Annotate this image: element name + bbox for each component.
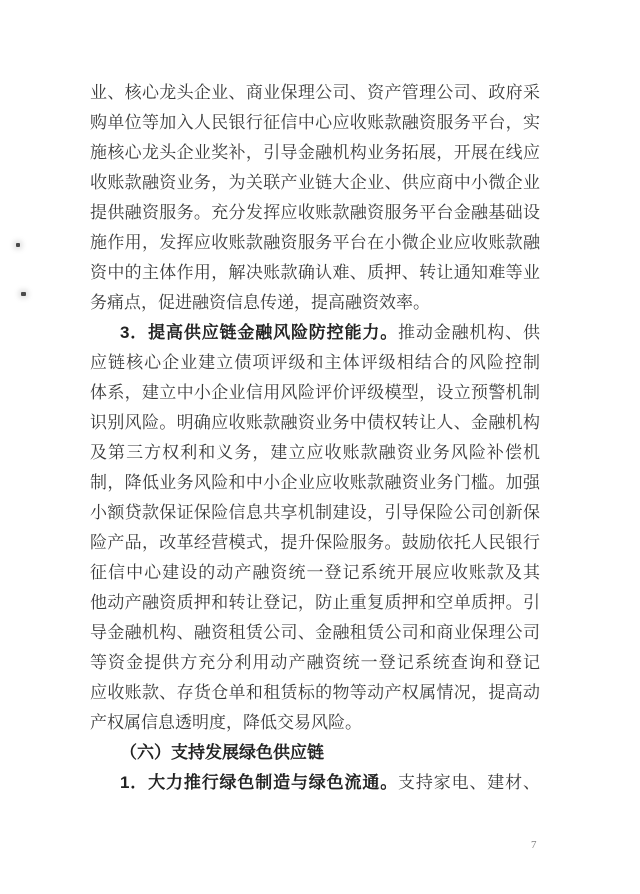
body-text: 务痛点，促进融资信息传递，提高融资效率。: [90, 293, 430, 312]
body-text: 及第三方权利和义务，建立应收账款融资业务风险补偿机: [90, 443, 540, 462]
text-line: 资中的主体作用，解决账款确认难、质押、转让通知难等业: [90, 258, 540, 288]
text-line: 及第三方权利和义务，建立应收账款融资业务风险补偿机: [90, 438, 540, 468]
body-text: 业、核心龙头企业、商业保理公司、资产管理公司、政府采: [90, 83, 540, 102]
body-text: 险产品，改革经营模式，提升保险服务。鼓励依托人民银行: [90, 533, 540, 552]
page-number: 7: [531, 838, 537, 852]
text-line: 险产品，改革经营模式，提升保险服务。鼓励依托人民银行: [90, 528, 540, 558]
text-line: 提供融资服务。充分发挥应收账款融资服务平台金融基础设: [90, 198, 540, 228]
text-line: 1．大力推行绿色制造与绿色流通。支持家电、建材、: [90, 768, 540, 798]
text-line: 业、核心龙头企业、商业保理公司、资产管理公司、政府采: [90, 78, 540, 108]
body-text: 收账款融资业务，为关联产业链大企业、供应商中小微企业: [90, 173, 540, 192]
heading-text: 3．提高供应链金融风险防控能力。: [120, 323, 398, 342]
body-text: 推动金融机构、供: [398, 323, 540, 342]
text-line: 购单位等加入人民银行征信中心应收账款融资服务平台，实: [90, 108, 540, 138]
text-line: 3．提高供应链金融风险防控能力。推动金融机构、供: [90, 318, 540, 348]
body-text: 征信中心建设的动产融资统一登记系统开展应收账款及其: [90, 563, 540, 582]
text-line: （六）支持发展绿色供应链: [90, 738, 540, 768]
body-text: 等资金提供方充分利用动产融资统一登记系统查询和登记: [90, 653, 540, 672]
body-text: 他动产融资质押和转让登记，防止重复质押和空单质押。引: [90, 593, 540, 612]
text-line: 产权属信息透明度，降低交易风险。: [90, 708, 540, 738]
body-text: 购单位等加入人民银行征信中心应收账款融资服务平台，实: [90, 113, 540, 132]
heading-text: 1．大力推行绿色制造与绿色流通。: [120, 773, 398, 792]
body-text: 资中的主体作用，解决账款确认难、质押、转让通知难等业: [90, 263, 540, 282]
text-line: 小额贷款保证保险信息共享机制建设，引导保险公司创新保: [90, 498, 540, 528]
text-line: 应链核心企业建立债项评级和主体评级相结合的风险控制: [90, 348, 540, 378]
text-line: 制，降低业务风险和中小企业应收账款融资业务门槛。加强: [90, 468, 540, 498]
body-text: 小额贷款保证保险信息共享机制建设，引导保险公司创新保: [90, 503, 540, 522]
text-line: 等资金提供方充分利用动产融资统一登记系统查询和登记: [90, 648, 540, 678]
scan-speck: [16, 243, 20, 247]
body-text: 产权属信息透明度，降低交易风险。: [90, 713, 362, 732]
text-line: 施核心龙头企业奖补，引导金融机构业务拓展，开展在线应: [90, 138, 540, 168]
body-text: 应收账款、存货仓单和租赁标的物等动产权属情况，提高动: [90, 683, 540, 702]
body-text: 应链核心企业建立债项评级和主体评级相结合的风险控制: [90, 353, 540, 372]
text-line: 务痛点，促进融资信息传递，提高融资效率。: [90, 288, 540, 318]
text-line: 征信中心建设的动产融资统一登记系统开展应收账款及其: [90, 558, 540, 588]
text-line: 他动产融资质押和转让登记，防止重复质押和空单质押。引: [90, 588, 540, 618]
document-body: 业、核心龙头企业、商业保理公司、资产管理公司、政府采购单位等加入人民银行征信中心…: [90, 78, 540, 798]
heading-text: （六）支持发展绿色供应链: [120, 743, 324, 762]
text-line: 体系，建立中小企业信用风险评价评级模型，设立预警机制: [90, 378, 540, 408]
scan-speck: [21, 292, 26, 296]
body-text: 体系，建立中小企业信用风险评价评级模型，设立预警机制: [90, 383, 540, 402]
body-text: 施作用，发挥应收账款融资服务平台在小微企业应收账款融: [90, 233, 540, 252]
text-line: 导金融机构、融资租赁公司、金融租赁公司和商业保理公司: [90, 618, 540, 648]
body-text: 制，降低业务风险和中小企业应收账款融资业务门槛。加强: [90, 473, 540, 492]
body-text: 施核心龙头企业奖补，引导金融机构业务拓展，开展在线应: [90, 143, 540, 162]
text-line: 收账款融资业务，为关联产业链大企业、供应商中小微企业: [90, 168, 540, 198]
body-text: 支持家电、建材、: [398, 773, 540, 792]
text-line: 应收账款、存货仓单和租赁标的物等动产权属情况，提高动: [90, 678, 540, 708]
body-text: 导金融机构、融资租赁公司、金融租赁公司和商业保理公司: [90, 623, 540, 642]
text-line: 识别风险。明确应收账款融资业务中债权转让人、金融机构: [90, 408, 540, 438]
document-page: 业、核心龙头企业、商业保理公司、资产管理公司、政府采购单位等加入人民银行征信中心…: [0, 0, 640, 894]
body-text: 识别风险。明确应收账款融资业务中债权转让人、金融机构: [90, 413, 540, 432]
body-text: 提供融资服务。充分发挥应收账款融资服务平台金融基础设: [90, 203, 540, 222]
text-line: 施作用，发挥应收账款融资服务平台在小微企业应收账款融: [90, 228, 540, 258]
